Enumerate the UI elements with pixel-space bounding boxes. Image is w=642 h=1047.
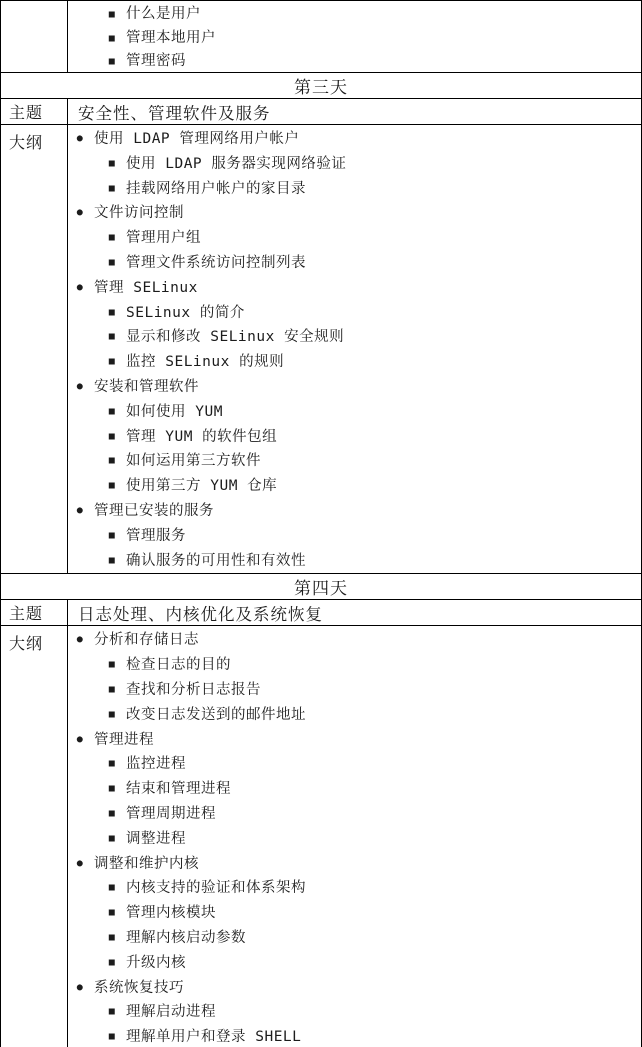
- outline-item: ● 管理已安装的服务: [68, 499, 641, 524]
- square-bullet-icon: ■: [106, 703, 118, 728]
- circle-bullet-icon: ●: [74, 976, 86, 1001]
- square-bullet-icon: ■: [106, 524, 118, 549]
- outline-item-text: 挂载网络用户帐户的家目录: [126, 177, 306, 202]
- outline-item-text: 调整进程: [126, 827, 186, 852]
- square-bullet-icon: ■: [106, 449, 118, 474]
- square-bullet-icon: ■: [106, 752, 118, 777]
- outline-item-text: 管理本地用户: [126, 27, 216, 51]
- circle-bullet-icon: ●: [74, 499, 86, 524]
- course-schedule-table: ■ 什么是用户 ■ 管理本地用户 ■ 管理密码 第三天 主题 安全性、管理软件及…: [0, 0, 642, 1047]
- outline-item-text: 如何使用 YUM: [126, 400, 223, 425]
- square-bullet-icon: ■: [106, 549, 118, 574]
- square-bullet-icon: ■: [106, 301, 118, 326]
- outline-item: ■ SELinux 的简介: [68, 301, 641, 326]
- outline-item-text: 理解启动进程: [126, 1000, 216, 1025]
- outline-item: ■ 管理文件系统访问控制列表: [68, 251, 641, 276]
- day-section: 第四天 主题 日志处理、内核优化及系统恢复 大纲 ● 分析和存储日志 ■ 检查日…: [1, 574, 641, 1047]
- square-bullet-icon: ■: [106, 226, 118, 251]
- circle-bullet-icon: ●: [74, 628, 86, 653]
- square-bullet-icon: ■: [106, 474, 118, 499]
- square-bullet-icon: ■: [106, 425, 118, 450]
- topic-value-cell: 日志处理、内核优化及系统恢复: [68, 600, 641, 625]
- outline-item: ■ 结束和管理进程: [68, 777, 641, 802]
- day-section: 第三天 主题 安全性、管理软件及服务 大纲 ● 使用 LDAP 管理网络用户帐户…: [1, 73, 641, 574]
- topic-label: 主题: [9, 601, 43, 624]
- outline-item: ● 使用 LDAP 管理网络用户帐户: [68, 127, 641, 152]
- outline-item: ■ 内核支持的验证和体系架构: [68, 876, 641, 901]
- topic-label-cell: 主题: [1, 99, 68, 124]
- outline-label-cell: 大纲: [1, 125, 68, 573]
- outline-row: 大纲 ● 使用 LDAP 管理网络用户帐户 ■ 使用 LDAP 服务器实现网络验…: [1, 125, 641, 574]
- outline-item: ■ 检查日志的目的: [68, 653, 641, 678]
- outline-item-text: 分析和存储日志: [94, 628, 199, 653]
- outline-item: ■ 管理 YUM 的软件包组: [68, 425, 641, 450]
- outline-item-text: 管理已安装的服务: [94, 499, 214, 524]
- outline-item: ■ 管理服务: [68, 524, 641, 549]
- outline-item: ● 管理 SELinux: [68, 276, 641, 301]
- outline-item-text: 改变日志发送到的邮件地址: [126, 703, 306, 728]
- outline-item-text: 如何运用第三方软件: [126, 449, 261, 474]
- outline-item-text: 使用 LDAP 管理网络用户帐户: [94, 127, 299, 152]
- topic-text: 日志处理、内核优化及系统恢复: [78, 601, 323, 625]
- previous-outline-continuation-row: ■ 什么是用户 ■ 管理本地用户 ■ 管理密码: [1, 1, 641, 73]
- square-bullet-icon: ■: [106, 152, 118, 177]
- outline-item-text: 管理进程: [94, 728, 154, 753]
- square-bullet-icon: ■: [106, 27, 118, 51]
- circle-bullet-icon: ●: [74, 127, 86, 152]
- outline-item-text: 调整和维护内核: [94, 852, 199, 877]
- outline-item: ■ 监控进程: [68, 752, 641, 777]
- outline-item-text: 检查日志的目的: [126, 653, 231, 678]
- outline-item-text: 管理 YUM 的软件包组: [126, 425, 277, 450]
- square-bullet-icon: ■: [106, 3, 118, 27]
- outline-item-text: 什么是用户: [126, 3, 201, 27]
- outline-item-text: SELinux 的简介: [126, 301, 245, 326]
- outline-item: ■ 管理本地用户: [68, 27, 641, 51]
- outline-item-text: 管理服务: [126, 524, 186, 549]
- outline-item: ■ 查找和分析日志报告: [68, 678, 641, 703]
- outline-item-text: 使用第三方 YUM 仓库: [126, 474, 277, 499]
- outline-item: ■ 管理密码: [68, 50, 641, 74]
- outline-item-text: 管理周期进程: [126, 802, 216, 827]
- outline-item: ■ 确认服务的可用性和有效性: [68, 549, 641, 574]
- outline-item: ■ 升级内核: [68, 951, 641, 976]
- square-bullet-icon: ■: [106, 678, 118, 703]
- outline-items-cell: ● 分析和存储日志 ■ 检查日志的目的 ■ 查找和分析日志报告 ■ 改变日志发送…: [68, 626, 641, 1047]
- outline-item: ■ 调整进程: [68, 827, 641, 852]
- circle-bullet-icon: ●: [74, 852, 86, 877]
- outline-item-text: 文件访问控制: [94, 201, 184, 226]
- outline-item: ■ 管理周期进程: [68, 802, 641, 827]
- outline-label: 大纲: [9, 133, 43, 152]
- square-bullet-icon: ■: [106, 876, 118, 901]
- outline-item-text: 管理内核模块: [126, 901, 216, 926]
- outline-item-text: 监控 SELinux 的规则: [126, 350, 284, 375]
- day-sections: 第三天 主题 安全性、管理软件及服务 大纲 ● 使用 LDAP 管理网络用户帐户…: [1, 73, 641, 1047]
- continuation-outline-cell: ■ 什么是用户 ■ 管理本地用户 ■ 管理密码: [68, 1, 641, 72]
- square-bullet-icon: ■: [106, 653, 118, 678]
- outline-label-cell: 大纲: [1, 626, 68, 1047]
- square-bullet-icon: ■: [106, 802, 118, 827]
- outline-item: ■ 监控 SELinux 的规则: [68, 350, 641, 375]
- square-bullet-icon: ■: [106, 827, 118, 852]
- outline-item-text: 升级内核: [126, 951, 186, 976]
- square-bullet-icon: ■: [106, 50, 118, 74]
- square-bullet-icon: ■: [106, 901, 118, 926]
- outline-row: 大纲 ● 分析和存储日志 ■ 检查日志的目的 ■ 查找和分析日志报告 ■ 改变日…: [1, 626, 641, 1047]
- outline-item-text: 理解内核启动参数: [126, 926, 246, 951]
- outline-item-text: 管理 SELinux: [94, 276, 198, 301]
- outline-item-text: 结束和管理进程: [126, 777, 231, 802]
- outline-item: ■ 改变日志发送到的邮件地址: [68, 703, 641, 728]
- day-header-text: 第四天: [294, 574, 348, 599]
- outline-item: ■ 理解启动进程: [68, 1000, 641, 1025]
- circle-bullet-icon: ●: [74, 276, 86, 301]
- outline-item: ■ 使用 LDAP 服务器实现网络验证: [68, 152, 641, 177]
- outline-item: ■ 管理内核模块: [68, 901, 641, 926]
- outline-item: ■ 理解内核启动参数: [68, 926, 641, 951]
- outline-item: ● 分析和存储日志: [68, 628, 641, 653]
- circle-bullet-icon: ●: [74, 728, 86, 753]
- outline-item-text: 使用 LDAP 服务器实现网络验证: [126, 152, 346, 177]
- topic-label-cell: 主题: [1, 600, 68, 625]
- outline-item: ■ 什么是用户: [68, 3, 641, 27]
- outline-label: 大纲: [9, 634, 43, 653]
- outline-item-text: 监控进程: [126, 752, 186, 777]
- outline-item: ■ 管理用户组: [68, 226, 641, 251]
- day-header-text: 第三天: [294, 73, 348, 98]
- outline-items-cell: ● 使用 LDAP 管理网络用户帐户 ■ 使用 LDAP 服务器实现网络验证 ■…: [68, 125, 641, 573]
- topic-label: 主题: [9, 100, 43, 123]
- square-bullet-icon: ■: [106, 350, 118, 375]
- day-header-row: 第四天: [1, 574, 641, 600]
- square-bullet-icon: ■: [106, 1025, 118, 1047]
- outline-item-text: 管理密码: [126, 50, 186, 74]
- square-bullet-icon: ■: [106, 951, 118, 976]
- outline-item-text: 理解单用户和登录 SHELL: [126, 1025, 301, 1047]
- topic-row: 主题 日志处理、内核优化及系统恢复: [1, 600, 641, 626]
- square-bullet-icon: ■: [106, 400, 118, 425]
- outline-item-text: 安装和管理软件: [94, 375, 199, 400]
- empty-label-cell: [1, 1, 68, 72]
- outline-item-text: 系统恢复技巧: [94, 976, 184, 1001]
- outline-item: ■ 显示和修改 SELinux 安全规则: [68, 325, 641, 350]
- outline-item: ● 管理进程: [68, 728, 641, 753]
- outline-item-text: 内核支持的验证和体系架构: [126, 876, 306, 901]
- outline-item: ● 调整和维护内核: [68, 852, 641, 877]
- outline-item-text: 查找和分析日志报告: [126, 678, 261, 703]
- square-bullet-icon: ■: [106, 177, 118, 202]
- day-header-row: 第三天: [1, 73, 641, 99]
- square-bullet-icon: ■: [106, 926, 118, 951]
- outline-item: ■ 理解单用户和登录 SHELL: [68, 1025, 641, 1047]
- topic-row: 主题 安全性、管理软件及服务: [1, 99, 641, 125]
- square-bullet-icon: ■: [106, 777, 118, 802]
- outline-item-text: 管理用户组: [126, 226, 201, 251]
- topic-text: 安全性、管理软件及服务: [78, 100, 271, 124]
- circle-bullet-icon: ●: [74, 201, 86, 226]
- outline-item: ■ 如何运用第三方软件: [68, 449, 641, 474]
- outline-item: ■ 挂载网络用户帐户的家目录: [68, 177, 641, 202]
- outline-item: ● 系统恢复技巧: [68, 976, 641, 1001]
- outline-item-text: 显示和修改 SELinux 安全规则: [126, 325, 344, 350]
- circle-bullet-icon: ●: [74, 375, 86, 400]
- outline-item: ■ 使用第三方 YUM 仓库: [68, 474, 641, 499]
- outline-item: ● 文件访问控制: [68, 201, 641, 226]
- outline-item-text: 管理文件系统访问控制列表: [126, 251, 306, 276]
- square-bullet-icon: ■: [106, 325, 118, 350]
- outline-item: ■ 如何使用 YUM: [68, 400, 641, 425]
- topic-value-cell: 安全性、管理软件及服务: [68, 99, 641, 124]
- outline-item-text: 确认服务的可用性和有效性: [126, 549, 306, 574]
- square-bullet-icon: ■: [106, 251, 118, 276]
- outline-item: ● 安装和管理软件: [68, 375, 641, 400]
- square-bullet-icon: ■: [106, 1000, 118, 1025]
